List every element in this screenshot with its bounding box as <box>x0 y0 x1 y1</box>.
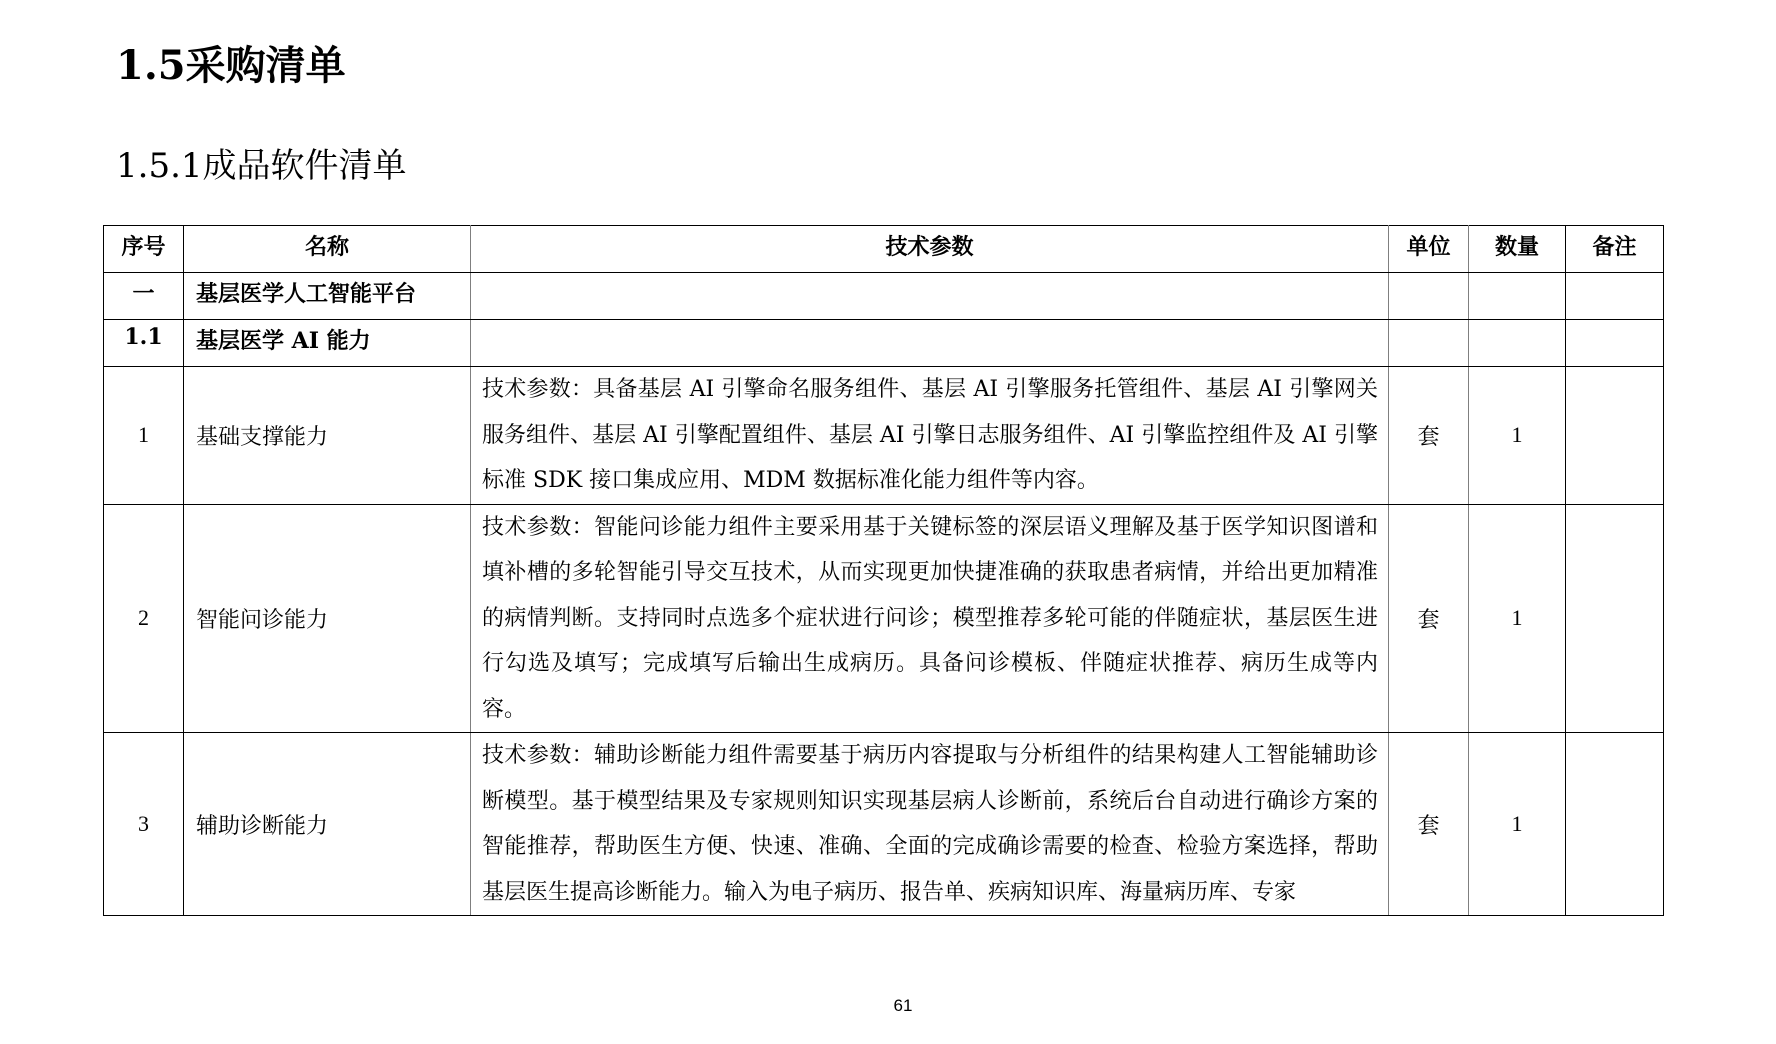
cell-params: 技术参数：智能问诊能力组件主要采用基于关键标签的深层语义理解及基于医学知识图谱和… <box>471 504 1389 733</box>
cell-name: 基层医学 AI 能力 <box>184 320 471 367</box>
col-header-params: 技术参数 <box>471 226 1389 273</box>
col-header-index: 序号 <box>104 226 184 273</box>
cell-note <box>1566 733 1664 916</box>
cell-index: 3 <box>104 733 184 916</box>
col-header-note: 备注 <box>1566 226 1664 273</box>
cell-unit <box>1389 320 1469 367</box>
software-list-table: 序号 名称 技术参数 单位 数量 备注 一 基层医学人工智能平台 1.1 基层医… <box>103 225 1664 916</box>
page-number: 61 <box>0 996 1776 1016</box>
cell-note <box>1566 504 1664 733</box>
cell-name: 基础支撑能力 <box>184 367 471 505</box>
cell-quantity <box>1469 320 1566 367</box>
cell-name: 辅助诊断能力 <box>184 733 471 916</box>
cell-params-text: 技术参数：辅助诊断能力组件需要基于病历内容提取与分析组件的结果构建人工智能辅助诊… <box>482 733 1378 915</box>
table-row: 3 辅助诊断能力 技术参数：辅助诊断能力组件需要基于病历内容提取与分析组件的结果… <box>104 733 1664 916</box>
cell-unit <box>1389 273 1469 320</box>
section-title: 1.5采购清单 <box>116 40 346 92</box>
cell-index: 1.1 <box>104 320 184 367</box>
cell-note <box>1566 320 1664 367</box>
cell-quantity: 1 <box>1469 367 1566 505</box>
table-row-group: 一 基层医学人工智能平台 <box>104 273 1664 320</box>
cell-note <box>1566 273 1664 320</box>
cell-quantity <box>1469 273 1566 320</box>
subsection-title: 1.5.1成品软件清单 <box>116 144 407 188</box>
cell-index: 1 <box>104 367 184 505</box>
col-header-unit: 单位 <box>1389 226 1469 273</box>
cell-index: 2 <box>104 504 184 733</box>
cell-unit: 套 <box>1389 733 1469 916</box>
cell-params: 技术参数：辅助诊断能力组件需要基于病历内容提取与分析组件的结果构建人工智能辅助诊… <box>471 733 1389 916</box>
table-row: 2 智能问诊能力 技术参数：智能问诊能力组件主要采用基于关键标签的深层语义理解及… <box>104 504 1664 733</box>
cell-params <box>471 320 1389 367</box>
cell-index: 一 <box>104 273 184 320</box>
cell-note <box>1566 367 1664 505</box>
cell-quantity: 1 <box>1469 733 1566 916</box>
cell-quantity: 1 <box>1469 504 1566 733</box>
cell-params <box>471 273 1389 320</box>
cell-params: 技术参数：具备基层 AI 引擎命名服务组件、基层 AI 引擎服务托管组件、基层 … <box>471 367 1389 505</box>
cell-name: 基层医学人工智能平台 <box>184 273 471 320</box>
table-row-subgroup: 1.1 基层医学 AI 能力 <box>104 320 1664 367</box>
table-row: 1 基础支撑能力 技术参数：具备基层 AI 引擎命名服务组件、基层 AI 引擎服… <box>104 367 1664 505</box>
cell-name: 智能问诊能力 <box>184 504 471 733</box>
cell-unit: 套 <box>1389 504 1469 733</box>
table-header-row: 序号 名称 技术参数 单位 数量 备注 <box>104 226 1664 273</box>
col-header-quantity: 数量 <box>1469 226 1566 273</box>
col-header-name: 名称 <box>184 226 471 273</box>
cell-unit: 套 <box>1389 367 1469 505</box>
